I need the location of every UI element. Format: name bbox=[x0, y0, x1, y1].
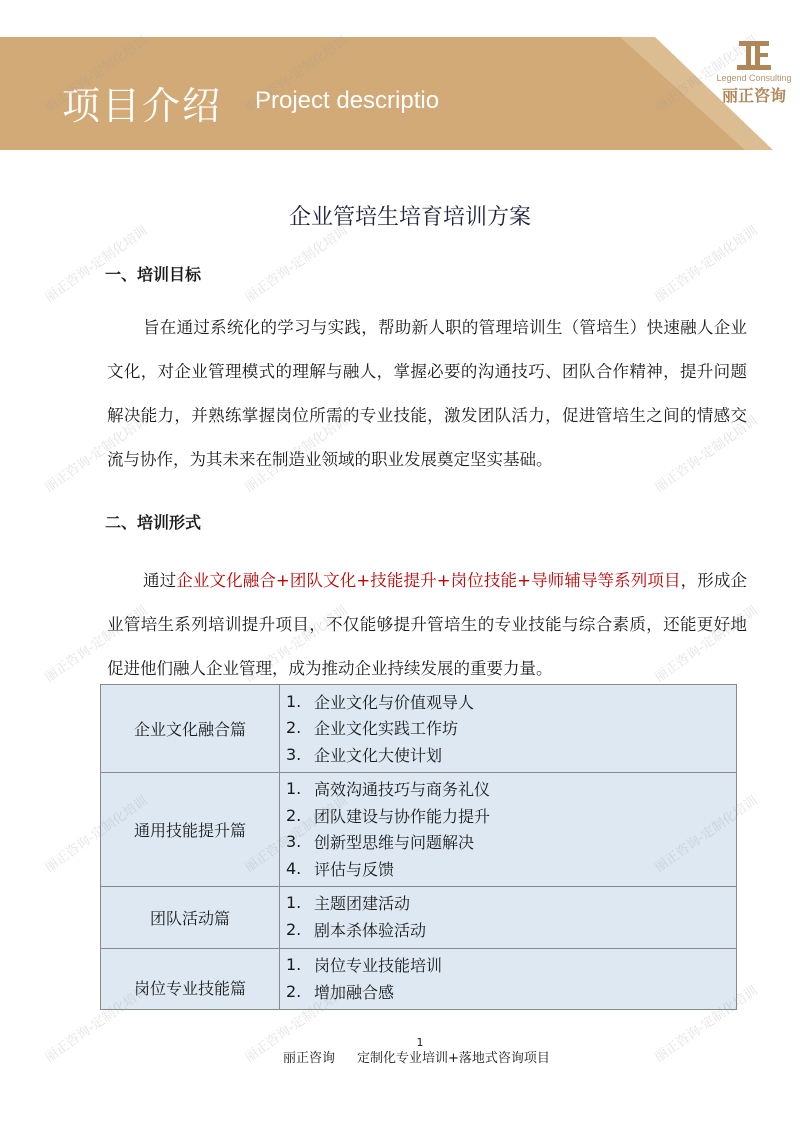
highlighted-programs: 企业文化融合+团队文化+技能提升+岗位技能+导师辅导等系列项目 bbox=[176, 571, 680, 590]
list-item: 1.岗位专业技能培训 bbox=[280, 952, 736, 979]
training-plan-table: 企业文化融合篇 1.企业文化与价值观导人 2.企业文化实践工作坊 3.企业文化大… bbox=[100, 684, 737, 1010]
table-row: 团队活动篇 1.主题团建活动 2.剧本杀体验活动 bbox=[101, 886, 737, 948]
list-item: 1.主题团建活动 bbox=[280, 890, 736, 917]
footer-tagline: 定制化专业培训+落地式咨询项目 bbox=[357, 1051, 550, 1066]
table-category-cell: 企业文化融合篇 bbox=[101, 685, 280, 773]
list-item: 1.高效沟通技巧与商务礼仪 bbox=[280, 776, 736, 803]
table-category-cell: 团队活动篇 bbox=[101, 886, 280, 948]
table-row: 企业文化融合篇 1.企业文化与价值观导人 2.企业文化实践工作坊 3.企业文化大… bbox=[101, 685, 737, 773]
page-footer: 丽正咨询定制化专业培训+落地式咨询项目 bbox=[283, 1047, 550, 1066]
header-banner: 项目介绍 Project descriptio Legend Consultin… bbox=[0, 37, 800, 150]
company-logo: Legend Consulting 丽正咨询 bbox=[714, 37, 794, 106]
table-category-cell: 通用技能提升篇 bbox=[101, 772, 280, 886]
section-heading-format: 二、培训形式 bbox=[105, 510, 201, 533]
table-row: 通用技能提升篇 1.高效沟通技巧与商务礼仪 2.团队建设与协作能力提升 3.创新… bbox=[101, 772, 737, 886]
paragraph-prefix: 通过 bbox=[143, 571, 176, 590]
list-item: 4.评估与反馈 bbox=[280, 855, 736, 882]
banner-title: 项目介绍 bbox=[62, 75, 222, 130]
list-item: 3.企业文化大使计划 bbox=[280, 741, 736, 768]
footer-company: 丽正咨询 bbox=[283, 1051, 335, 1066]
logo-chinese-name: 丽正咨询 bbox=[714, 83, 794, 106]
list-item: 2.团队建设与协作能力提升 bbox=[280, 802, 736, 829]
document-title: 企业管培生培育培训方案 bbox=[0, 200, 800, 231]
table-items-cell: 1.高效沟通技巧与商务礼仪 2.团队建设与协作能力提升 3.创新型思维与问题解决… bbox=[280, 772, 737, 886]
list-item: 1.企业文化与价值观导人 bbox=[280, 688, 736, 715]
table-items-cell: 1.企业文化与价值观导人 2.企业文化实践工作坊 3.企业文化大使计划 bbox=[280, 685, 737, 773]
table-items-cell: 1.岗位专业技能培训 2.增加融合感 bbox=[280, 948, 737, 1009]
list-item: 2.剧本杀体验活动 bbox=[280, 916, 736, 943]
list-item: 3.创新型思维与问题解决 bbox=[280, 829, 736, 856]
table-category-cell: 岗位专业技能篇 bbox=[101, 948, 280, 1009]
watermark-text: 丽正咨询-定制化培训 bbox=[240, 220, 351, 305]
section-paragraph-format: 通过企业文化融合+团队文化+技能提升+岗位技能+导师辅导等系列项目，形成企业管培… bbox=[107, 559, 747, 691]
watermark-text: 丽正咨询-定制化培训 bbox=[650, 220, 761, 305]
section-paragraph-goals: 旨在通过系统化的学习与实践，帮助新人职的管理培训生（管培生）快速融人企业文化，对… bbox=[107, 306, 747, 482]
table-row: 岗位专业技能篇 1.岗位专业技能培训 2.增加融合感 bbox=[101, 948, 737, 1009]
banner-subtitle: Project descriptio bbox=[255, 87, 439, 115]
section-heading-goals: 一、培训目标 bbox=[105, 262, 201, 285]
logo-english-name: Legend Consulting bbox=[714, 73, 794, 83]
table-items-cell: 1.主题团建活动 2.剧本杀体验活动 bbox=[280, 886, 737, 948]
list-item: 2.增加融合感 bbox=[280, 978, 736, 1005]
logo-zheng-icon bbox=[737, 40, 771, 70]
list-item: 2.企业文化实践工作坊 bbox=[280, 715, 736, 742]
